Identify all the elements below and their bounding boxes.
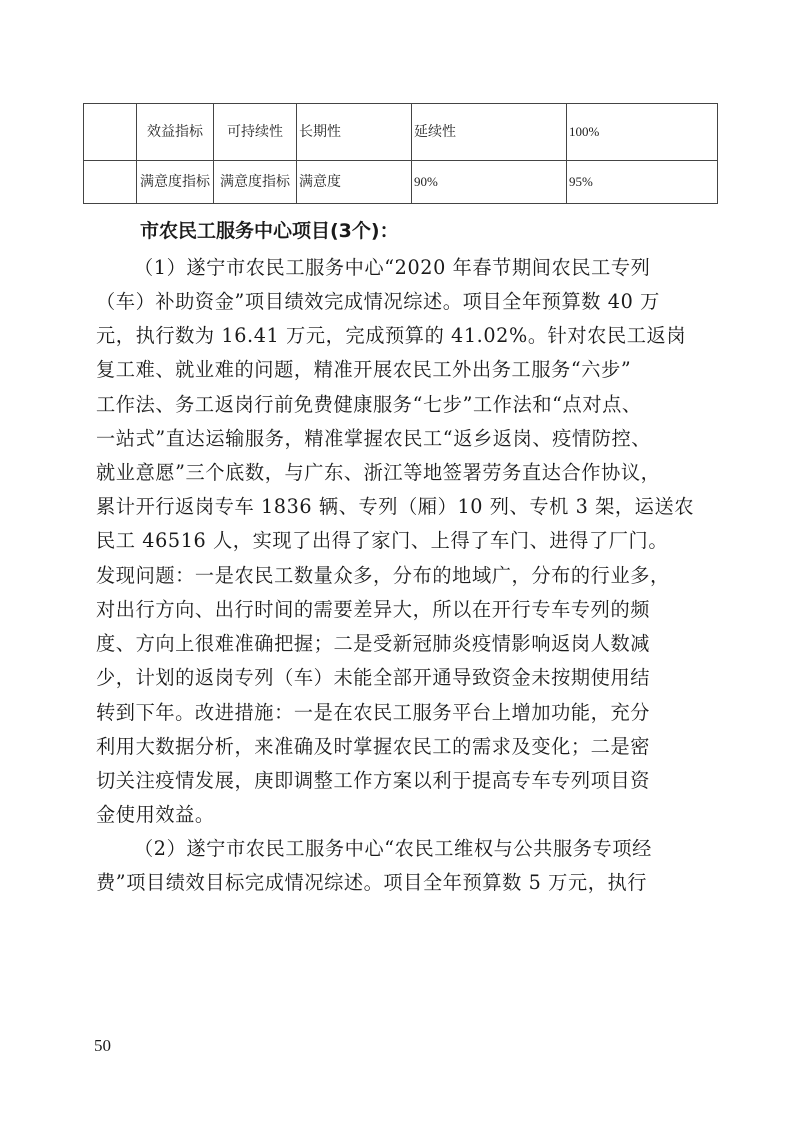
paragraph-line: 度、方向上很难准确把握；二是受新冠肺炎疫情影响返岗人数减: [96, 627, 650, 661]
paragraph-line: 累计开行返岗专车 1836 辆、专列（厢）10 列、专机 3 架，运送农: [96, 490, 694, 524]
paragraph-line: （1）遂宁市农民工服务中心“2020 年春节期间农民工专列: [134, 251, 650, 285]
paragraph-line: 对出行方向、出行时间的需要差异大，所以在开行专车专列的频: [96, 593, 650, 627]
performance-indicator-table: 效益指标 可持续性 长期性 延续性 100% 满意度指标 满意度指标 满意度 9…: [83, 103, 718, 204]
paragraph-line: 就业意愿”三个底数，与广东、浙江等地签署劳务直达合作协议，: [96, 456, 660, 490]
paragraph-line: 切关注疫情发展，庚即调整工作方案以利于提高专车专列项目资: [96, 764, 650, 798]
page-number: 50: [94, 1036, 111, 1056]
table-cell-target: 90%: [412, 161, 567, 204]
paragraph-line: 一站式”直达运输服务，精准掌握农民工“返乡返岗、疫情防控、: [96, 422, 651, 456]
paragraph-line: 元，执行数为 16.41 万元，完成预算的 41.02%。针对农民工返岗: [96, 319, 686, 353]
section-heading: 市农民工服务中心项目(3个)：: [140, 216, 399, 243]
paragraph-line: 工作法、务工返岗行前免费健康服务“七步”工作法和“点对点、: [96, 388, 642, 422]
table-row: 效益指标 可持续性 长期性 延续性 100%: [84, 104, 718, 161]
paragraph-line: （2）遂宁市农民工服务中心“农民工维权与公共服务专项经: [134, 832, 652, 866]
paragraph-line: 复工难、就业难的问题，精准开展农民工外出务工服务“六步”: [96, 353, 631, 387]
table-cell-sub-indicator: 可持续性: [214, 104, 297, 161]
table-cell-target: 延续性: [412, 104, 567, 161]
paragraph-line: 少，计划的返岗专列（车）未能全部开通导致资金未按期使用结: [96, 661, 650, 695]
paragraph-line: 转到下年。改进措施：一是在农民工服务平台上增加功能，充分: [96, 696, 650, 730]
paragraph-line: 发现问题：一是农民工数量众多，分布的地域广，分布的行业多，: [96, 559, 670, 593]
table-cell-indicator-name: 满意度: [297, 161, 412, 204]
paragraph-line: 利用大数据分析，来准确及时掌握农民工的需求及变化；二是密: [96, 730, 650, 764]
table-cell-merged: [84, 161, 137, 204]
paragraph-line: 民工 46516 人，实现了出得了家门、上得了车门、进得了厂门。: [96, 524, 668, 558]
table-cell-merged: [84, 104, 137, 161]
paragraph-line: 金使用效益。: [96, 798, 215, 832]
paragraph-line: 费”项目绩效目标完成情况综述。项目全年预算数 5 万元，执行: [96, 866, 647, 900]
table-cell-indicator-type: 满意度指标: [137, 161, 214, 204]
table-cell-indicator-name: 长期性: [297, 104, 412, 161]
table-cell-indicator-type: 效益指标: [137, 104, 214, 161]
table-row: 满意度指标 满意度指标 满意度 90% 95%: [84, 161, 718, 204]
document-page: 效益指标 可持续性 长期性 延续性 100% 满意度指标 满意度指标 满意度 9…: [0, 0, 793, 1122]
paragraph-line: （车）补助资金”项目绩效完成情况综述。项目全年预算数 40 万: [96, 285, 660, 319]
table-cell-actual: 100%: [567, 104, 718, 161]
table-cell-sub-indicator: 满意度指标: [214, 161, 297, 204]
table-cell-actual: 95%: [567, 161, 718, 204]
